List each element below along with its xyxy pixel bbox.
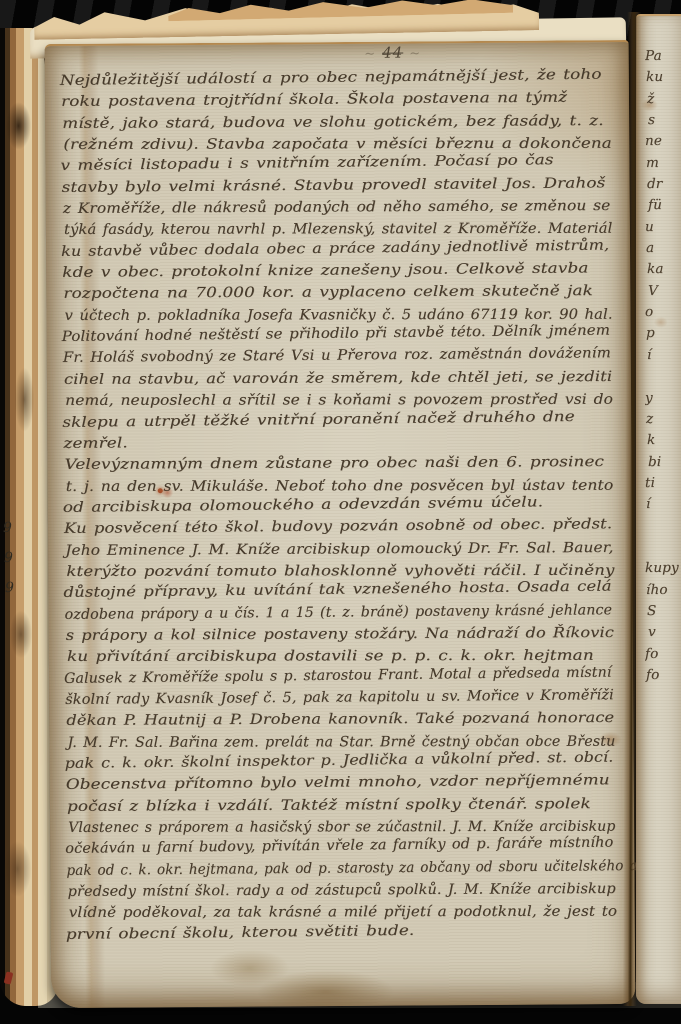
page-number-flourish-left: ∼ (358, 47, 382, 62)
manuscript-fragment: ka (647, 261, 664, 282)
manuscript-text: Nejdůležitější událostí a pro obec nejpa… (60, 69, 622, 948)
left-page: ∼44∼ Nejdůležitější událostí a pro obec … (45, 40, 636, 1008)
manuscript-line: Obecenstva přítomno bylo velmi mnoho, vz… (66, 773, 610, 799)
manuscript-fragment: a (646, 240, 654, 261)
ink-speck (158, 488, 163, 493)
manuscript-line: počasí z blízka i vzdálí. Taktéž místní … (67, 796, 591, 820)
manuscript-line: Jeho Eminence J. M. Kníže arcibiskup olo… (65, 540, 613, 564)
margin-mark: 9 (5, 580, 23, 610)
manuscript-line: stavby bylo velmi krásné. Stavbu provedl… (62, 175, 606, 201)
page-number: ∼44∼ (323, 43, 463, 62)
manuscript-fragment: u (645, 219, 654, 240)
manuscript-fragment: fo (645, 646, 658, 667)
manuscript-line: pak od c. k. okr. hejtmana, pak od p. st… (66, 858, 637, 884)
manuscript-fragment: ž (647, 91, 654, 112)
manuscript-fragment: m (646, 155, 659, 176)
manuscript-line: rozpočtena na 70.000 kor. a vyplaceno ce… (63, 283, 593, 307)
manuscript-line: první obecní školu, kterou světiti bude. (66, 923, 415, 948)
manuscript-fragment: í (647, 347, 652, 368)
manuscript-fragment: v (648, 624, 656, 645)
manuscript-fragment: p (646, 325, 655, 346)
manuscript-fragment: kupy (645, 560, 679, 582)
manuscript-line: cihel na stavbu, ač varován že směrem, k… (64, 369, 612, 393)
manuscript-fragment: ku (646, 69, 663, 90)
manuscript-line: Ku posvěcení této škol. budovy pozván os… (64, 516, 612, 542)
manuscript-fragment: ího (646, 582, 668, 603)
manuscript-fragment: S (647, 603, 656, 624)
manuscript-fragment: ne (645, 133, 662, 154)
manuscript-line: místě, jako stará, budova ve slohu gotic… (62, 113, 604, 137)
manuscript-fragment: o (645, 304, 653, 325)
manuscript-fragment: í (646, 496, 651, 517)
margin-marks: 999 (3, 520, 23, 610)
manuscript-fragment: ti (645, 475, 655, 496)
manuscript-line: předsedy místní škol. rady a od zástupců… (68, 881, 616, 905)
margin-mark: 9 (3, 520, 23, 550)
manuscript-line: děkan P. Hautnij a P. Drobena kanovník. … (66, 710, 614, 734)
photo-of-chronicle-book: 999 ∼44∼ Nejdůležitější událostí a pro o… (0, 0, 681, 1024)
margin-mark: 9 (4, 550, 23, 580)
manuscript-line: z Kroměříže, dle nákresů podaných od něh… (63, 198, 611, 222)
manuscript-line: Fr. Holáš svobodný ze Staré Vsi u Přerov… (63, 346, 611, 372)
manuscript-fragment: fo (646, 667, 659, 688)
manuscript-line: kde v obec. protokolní knize zanešeny js… (62, 261, 588, 287)
right-page-fragments: PakužsnemdrfüuakaVopíyzkbitiíkupyíhoSvfo… (645, 48, 681, 688)
manuscript-fragment: dr (647, 176, 662, 197)
page-number-flourish-right: ∼ (403, 46, 427, 61)
manuscript-line: roku postavena trojtřídní škola. Škola p… (61, 90, 567, 116)
manuscript-fragment: fü (648, 197, 662, 218)
manuscript-fragment: k (647, 432, 655, 453)
manuscript-fragment: V (648, 283, 658, 304)
manuscript-fragment: y (645, 389, 653, 410)
manuscript-fragment: z (646, 411, 653, 432)
manuscript-fragment: bi (648, 454, 661, 475)
page-number-value: 44 (382, 44, 403, 62)
manuscript-line: zemřel. (63, 435, 128, 457)
manuscript-fragment: s (648, 112, 655, 133)
right-page-sliver: PakužsnemdrfüuakaVopíyzkbitiíkupyíhoSvfo… (636, 14, 681, 1004)
manuscript-line: s prápory a kol silnice postaveny stožár… (66, 625, 614, 649)
manuscript-line: školní rady Kvasník Josef č. 5, pak za k… (65, 687, 614, 713)
manuscript-line: Velevýznamným dnem zůstane pro obec naši… (65, 454, 605, 478)
manuscript-fragment: Pa (645, 48, 662, 69)
manuscript-line: ozdobena prápory a u čís. 1 a 15 (t. z. … (65, 602, 613, 628)
